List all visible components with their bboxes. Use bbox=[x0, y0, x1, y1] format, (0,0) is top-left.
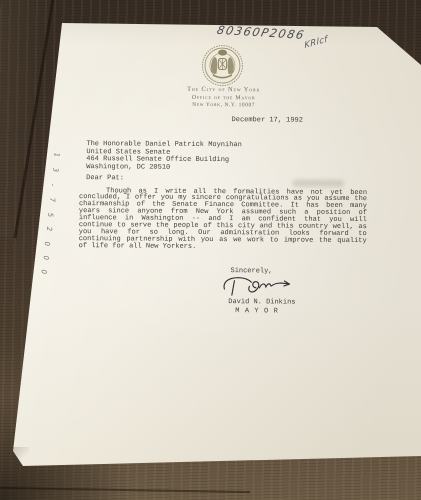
letterhead-city: The City of New York bbox=[149, 86, 299, 94]
signer-name: David N. Dinkins bbox=[228, 299, 295, 307]
photo-of-letter: 80360P2086 KRlcf The City of New York Of… bbox=[0, 0, 421, 500]
pencil-margin-char: 7 bbox=[48, 198, 56, 203]
pencil-margin-char: 0 bbox=[43, 242, 51, 247]
signer-title: M A Y O R bbox=[235, 308, 278, 316]
pencil-margin-char: 0 bbox=[40, 269, 48, 274]
faint-pencil-smudge bbox=[292, 180, 344, 187]
letter-body: Though as I write all the formalities ha… bbox=[79, 188, 367, 252]
pencil-margin-char: 0 bbox=[42, 256, 50, 261]
handwritten-initials: KRlcf bbox=[304, 34, 328, 51]
pencil-margin-char: 5 bbox=[46, 213, 54, 218]
recipient-city: Washington, DC 20510 bbox=[86, 164, 170, 172]
pencil-margin-char: 3 bbox=[51, 168, 59, 173]
letterhead-address: New York, N.Y. 10007 bbox=[149, 102, 299, 109]
letterhead-office: Office of the Mayor bbox=[149, 94, 299, 101]
city-of-new-york-seal-icon bbox=[201, 44, 244, 87]
letter-date: December 17, 1992 bbox=[232, 117, 303, 125]
pencil-margin-char: 1 bbox=[52, 153, 60, 158]
pencil-margin-char: - bbox=[48, 184, 56, 187]
signature-david-dinkins bbox=[220, 273, 296, 301]
salutation: Dear Pat: bbox=[86, 175, 124, 182]
letter-content: 80360P2086 KRlcf The City of New York Of… bbox=[0, 0, 421, 500]
letter-paper: 80360P2086 KRlcf The City of New York Of… bbox=[0, 0, 421, 500]
pencil-margin-char: 2 bbox=[45, 227, 53, 232]
